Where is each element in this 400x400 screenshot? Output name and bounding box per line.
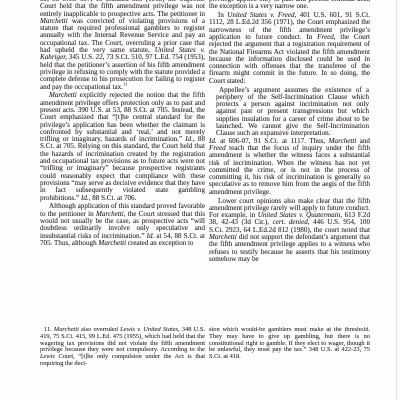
footnote-11: 11. Marchetti also overruled Lewis v. Un… [40,327,205,372]
paragraph-left-3: Although application of this standard pr… [40,203,205,247]
block-quote-freed: Appellee’s argument assumes the existenc… [216,87,369,138]
paragraph-right-1: privilege applies only to past and prese… [209,0,370,11]
footnote-11-continuation: sion which would-be gamblers must make a… [209,327,370,372]
paragraph-right-2: In United States v. Freed, 401 U.S. 601,… [209,12,370,85]
left-column: 39, 88 S.Ct. 697, 19 L.Ed.2d 889 (1968) … [40,0,205,326]
page-edge-line [396,0,397,400]
paragraph-right-3: Id. at 606-07, 91 S.Ct. at 1117. Thus, M… [209,138,370,196]
right-column: privilege applies only to past and prese… [209,0,370,326]
paragraph-left-2: Marchetti explicitly rejected the notion… [40,92,205,201]
law-reporter-page: 39, 88 S.Ct. 697, 19 L.Ed.2d 889 (1968) … [0,0,400,400]
paragraph-right-4: Lower court opinions also make clear tha… [209,198,370,264]
paragraph-left-1: 39, 88 S.Ct. 697, 19 L.Ed.2d 889 (1968) … [40,0,205,91]
